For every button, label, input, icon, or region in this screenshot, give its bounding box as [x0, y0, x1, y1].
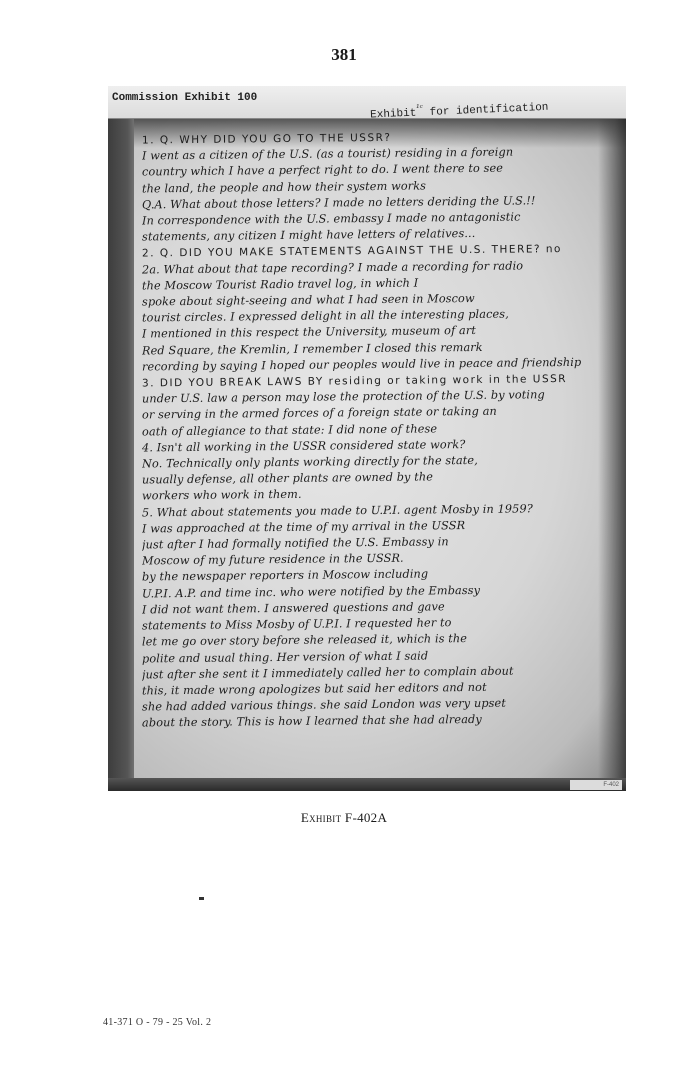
photo-bottom-edge: F-402	[108, 778, 626, 791]
printing-footer: 41-371 O - 79 - 25 Vol. 2	[103, 1017, 211, 1028]
page-number: 381	[0, 45, 688, 65]
exhibit-photograph: Commission Exhibit 100 Exhibit¹ᶜ for ide…	[108, 86, 626, 791]
photo-left-margin	[108, 118, 136, 791]
commission-exhibit-label: Commission Exhibit 100	[112, 92, 257, 104]
handwritten-line: about the story. This is how I learned t…	[142, 711, 612, 732]
exhibit-label-strip: Commission Exhibit 100 Exhibit¹ᶜ for ide…	[108, 86, 626, 119]
handwritten-text: 1. Q. WHY DID YOU GO TO THE USSR?I went …	[142, 130, 612, 730]
exhibit-caption: Exhibit F-402A	[0, 810, 688, 826]
identification-label-suffix: for identification	[423, 102, 549, 119]
identification-label-prefix: Exhibit	[370, 108, 417, 122]
identification-label: Exhibit¹ᶜ for identification	[370, 98, 549, 121]
print-speck	[199, 897, 204, 900]
corner-stamp: F-402	[570, 780, 622, 790]
